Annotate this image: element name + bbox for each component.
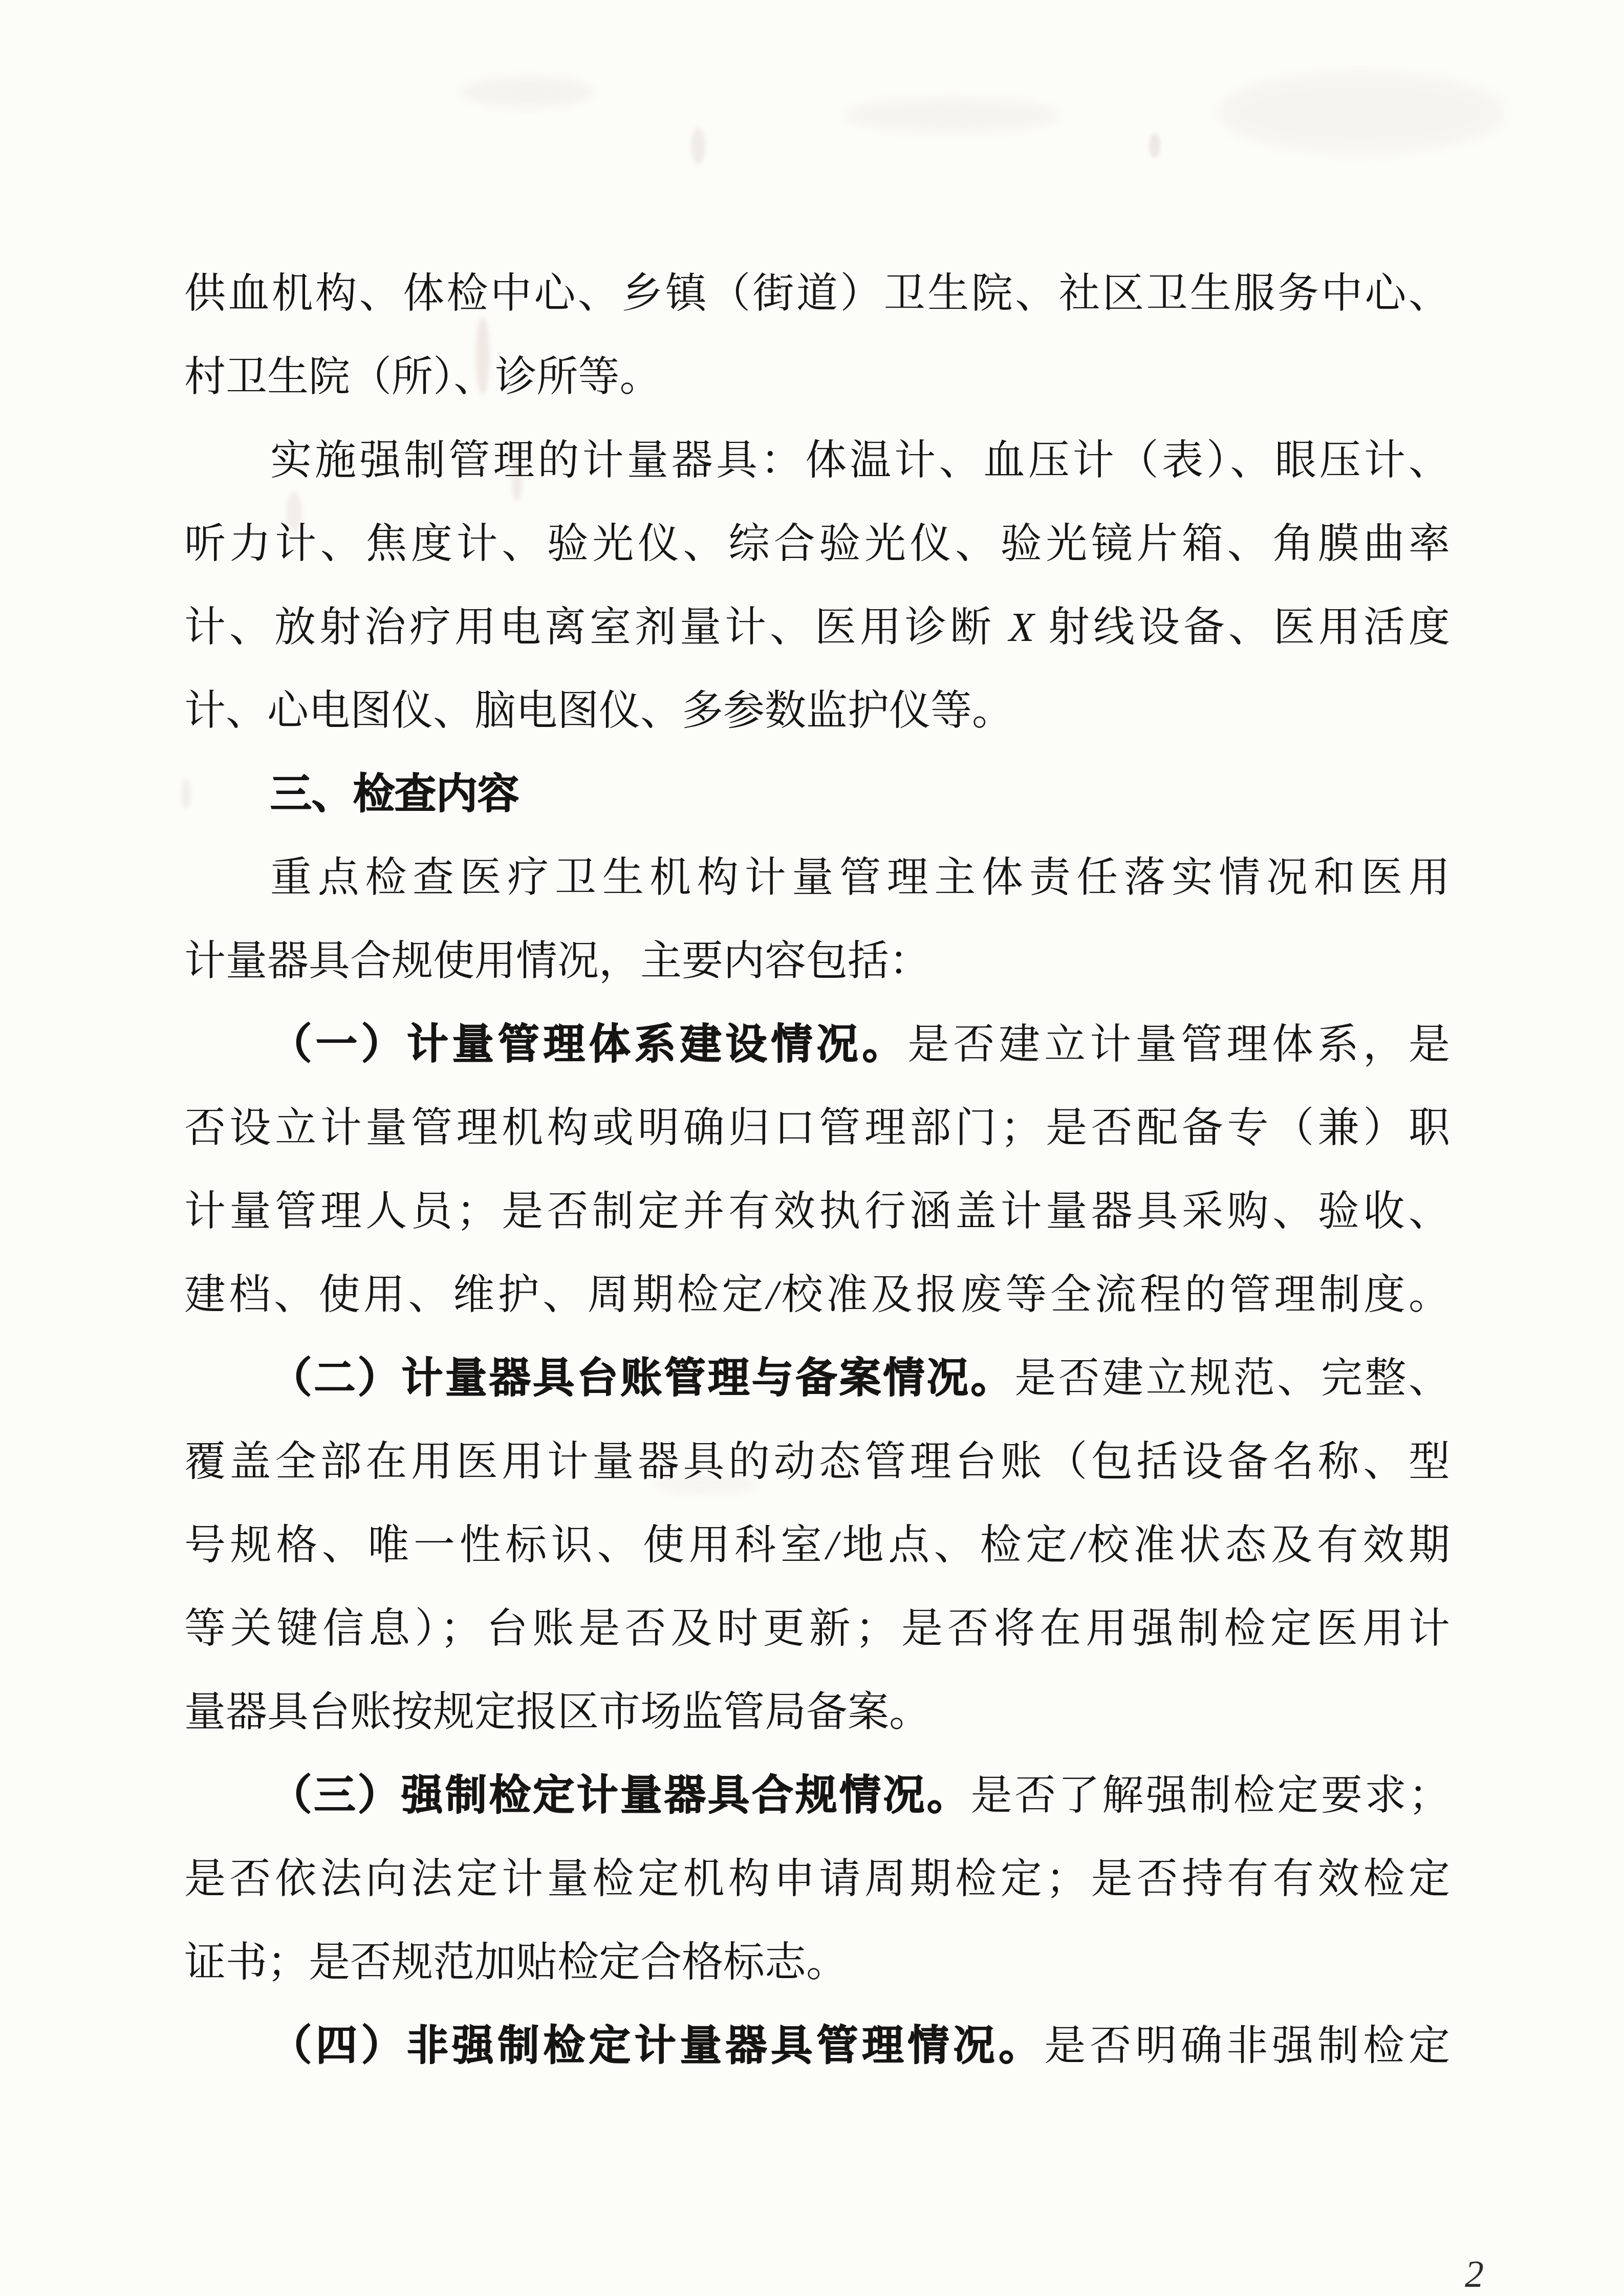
scan-artifact — [1149, 133, 1160, 158]
text-line: 计量器具合规使用情况，主要内容包括： — [184, 919, 1450, 1003]
scan-artifact — [461, 77, 594, 108]
text-run: 村卫生院（所）、诊所等。 — [184, 354, 661, 400]
text-run: 等关键信息）；台账是否及时更新；是否将在用强制检定医用计 — [184, 1605, 1450, 1651]
text-run: 否设立计量管理机构或明确归口管理部门；是否配备专（兼）职 — [184, 1105, 1450, 1151]
text-line: （二）计量器具台账管理与备案情况。是否建立规范、完整、 — [184, 1337, 1450, 1420]
text-run: 实施强制管理的计量器具：体温计、血压计（表）、眼压计、 — [270, 437, 1450, 483]
text-run: 量器具台账按规定报区市场监管局备案。 — [184, 1689, 930, 1735]
text-run: 是否建立规范、完整、 — [1014, 1355, 1450, 1401]
bold-run: （一）计量管理体系建设情况。 — [270, 1021, 907, 1067]
page-number: 2 — [1465, 2251, 1484, 2296]
text-run: 重点检查医疗卫生机构计量管理主体责任落实情况和医用 — [270, 854, 1450, 900]
document-page: 供血机构、体检中心、乡镇（街道）卫生院、社区卫生服务中心、村卫生院（所）、诊所等… — [0, 0, 1624, 2296]
text-line: 重点检查医疗卫生机构计量管理主体责任落实情况和医用 — [184, 836, 1450, 919]
bold-run: （四）非强制检定计量器具管理情况。 — [270, 2023, 1044, 2069]
document-body: 供血机构、体检中心、乡镇（街道）卫生院、社区卫生服务中心、村卫生院（所）、诊所等… — [184, 252, 1450, 2088]
text-line: 否设立计量管理机构或明确归口管理部门；是否配备专（兼）职 — [184, 1086, 1450, 1170]
text-line: 供血机构、体检中心、乡镇（街道）卫生院、社区卫生服务中心、 — [184, 252, 1450, 335]
text-line: 量器具台账按规定报区市场监管局备案。 — [184, 1670, 1450, 1754]
text-line: 建档、使用、维护、周期检定/校准及报废等全流程的管理制度。 — [184, 1253, 1450, 1337]
bold-run: 三、检查内容 — [270, 771, 519, 817]
text-run: 听力计、焦度计、验光仪、综合验光仪、验光镜片箱、角膜曲率 — [184, 521, 1450, 567]
text-run: 供血机构、体检中心、乡镇（街道）卫生院、社区卫生服务中心、 — [184, 270, 1450, 316]
text-run: 覆盖全部在用医用计量器具的动态管理台账（包括设备名称、型 — [184, 1439, 1450, 1485]
text-line: 证书；是否规范加贴检定合格标志。 — [184, 1921, 1450, 2004]
text-run: 计、放射治疗用电离室剂量计、医用诊断 X 射线设备、医用活度 — [184, 604, 1450, 650]
text-line: 听力计、焦度计、验光仪、综合验光仪、验光镜片箱、角膜曲率 — [184, 502, 1450, 586]
text-line: （一）计量管理体系建设情况。是否建立计量管理体系，是 — [184, 1003, 1450, 1086]
text-line: 覆盖全部在用医用计量器具的动态管理台账（包括设备名称、型 — [184, 1420, 1450, 1504]
text-line: 实施强制管理的计量器具：体温计、血压计（表）、眼压计、 — [184, 419, 1450, 502]
text-run: 计量器具合规使用情况，主要内容包括： — [184, 938, 930, 984]
scan-artifact — [1218, 72, 1505, 154]
text-line: （四）非强制检定计量器具管理情况。是否明确非强制检定 — [184, 2004, 1450, 2088]
text-run: 计量管理人员；是否制定并有效执行涵盖计量器具采购、验收、 — [184, 1188, 1450, 1234]
text-run: 是否建立计量管理体系，是 — [907, 1021, 1450, 1067]
text-line: 计、心电图仪、脑电图仪、多参数监护仪等。 — [184, 669, 1450, 753]
scan-artifact — [691, 128, 705, 164]
bold-run: （三）强制检定计量器具合规情况。 — [270, 1772, 971, 1818]
text-line: 号规格、唯一性标识、使用科室/地点、检定/校准状态及有效期 — [184, 1504, 1450, 1587]
text-run: 建档、使用、维护、周期检定/校准及报废等全流程的管理制度。 — [184, 1272, 1450, 1318]
scan-artifact — [845, 97, 1059, 133]
text-run: 号规格、唯一性标识、使用科室/地点、检定/校准状态及有效期 — [184, 1522, 1450, 1568]
text-line: 计量管理人员；是否制定并有效执行涵盖计量器具采购、验收、 — [184, 1170, 1450, 1253]
text-line: 是否依法向法定计量检定机构申请周期检定；是否持有有效检定 — [184, 1837, 1450, 1921]
text-line: 计、放射治疗用电离室剂量计、医用诊断 X 射线设备、医用活度 — [184, 586, 1450, 669]
text-run: 计、心电图仪、脑电图仪、多参数监护仪等。 — [184, 688, 1013, 734]
text-run: 是否依法向法定计量检定机构申请周期检定；是否持有有效检定 — [184, 1856, 1450, 1902]
text-line: （三）强制检定计量器具合规情况。是否了解强制检定要求； — [184, 1754, 1450, 1837]
text-line: 村卫生院（所）、诊所等。 — [184, 335, 1450, 419]
text-line: 等关键信息）；台账是否及时更新；是否将在用强制检定医用计 — [184, 1587, 1450, 1670]
section-heading: 三、检查内容 — [184, 753, 1450, 836]
bold-run: （二）计量器具台账管理与备案情况。 — [270, 1355, 1014, 1401]
text-run: 是否明确非强制检定 — [1044, 2023, 1450, 2069]
text-run: 证书；是否规范加贴检定合格标志。 — [184, 1939, 848, 1985]
text-run: 是否了解强制检定要求； — [971, 1772, 1450, 1818]
